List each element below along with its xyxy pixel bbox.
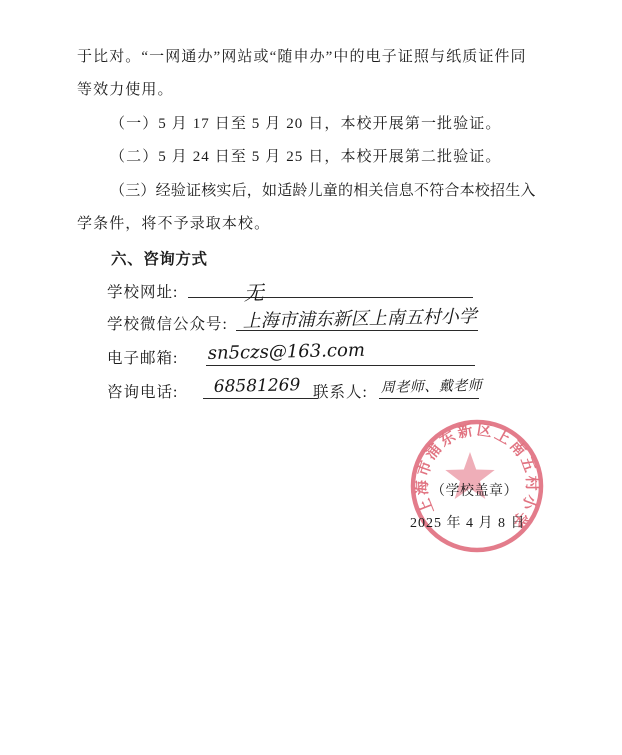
document-page: 于比对。“一网通办”网站或“随申办”中的电子证照与纸质证件同 等效力使用。 （一…	[0, 0, 622, 755]
wechat-handwritten-value: 上海市浦东新区上南五村小学	[242, 302, 476, 333]
wechat-label: 学校微信公众号:	[107, 312, 228, 334]
email-label: 电子邮箱:	[107, 346, 178, 368]
seal-caption: （学校盖章）	[431, 480, 518, 500]
phone-label: 咨询电话:	[107, 380, 178, 402]
phone-handwritten-value: 68581269	[214, 375, 301, 397]
list-item-3-line-1: （三）经验证核实后，如适龄儿童的相关信息不符合本校招生入	[110, 182, 580, 200]
contact-label: 联系人:	[313, 380, 368, 402]
phone-blank-line: 68581269	[203, 379, 318, 399]
email-handwritten-value: sn5czs@163.com	[208, 340, 366, 364]
website-label: 学校网址:	[107, 280, 178, 302]
email-blank-line: sn5czs@163.com	[206, 345, 475, 366]
website-blank-line: 无	[188, 279, 473, 298]
wechat-blank-line: 上海市浦东新区上南五村小学	[236, 311, 478, 331]
document-date: 2025 年 4 月 8 日	[410, 512, 526, 532]
list-item-2: （二）5 月 24 日至 5 月 25 日，本校开展第二批验证。	[110, 148, 580, 166]
contact-handwritten-value: 周老师、戴老师	[381, 375, 483, 397]
contact-blank-line: 周老师、戴老师	[379, 379, 479, 399]
list-item-3-line-2: 学条件，将不予录取本校。	[77, 215, 547, 233]
website-handwritten-value: 无	[243, 277, 264, 306]
paragraph-continuation-line-2: 等效力使用。	[77, 81, 547, 99]
list-item-1: （一）5 月 17 日至 5 月 20 日，本校开展第一批验证。	[110, 115, 580, 133]
paragraph-continuation-line-1: 于比对。“一网通办”网站或“随申办”中的电子证照与纸质证件同	[77, 48, 547, 66]
section-heading-consultation: 六、咨询方式	[111, 247, 208, 269]
